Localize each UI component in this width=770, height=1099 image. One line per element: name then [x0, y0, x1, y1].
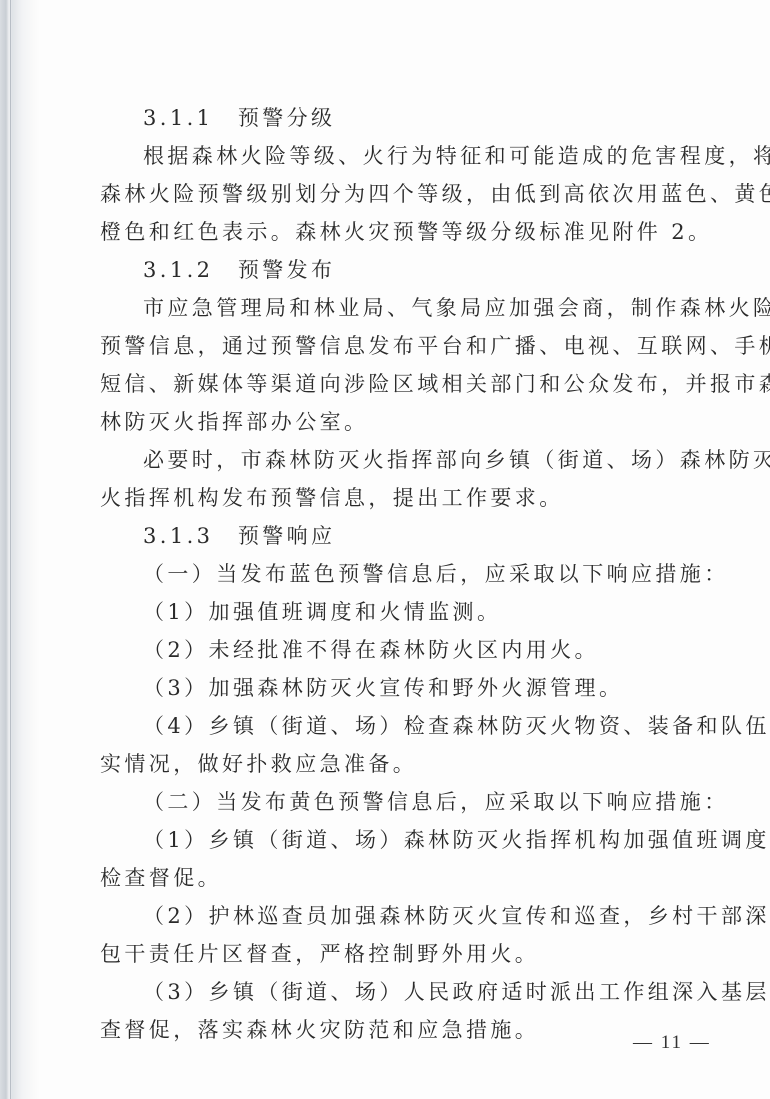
text-line: （3）乡镇（街道、场）人民政府适时派出工作组深入基层检	[143, 977, 770, 1007]
binding-line	[10, 0, 11, 1099]
text-line: 短信、新媒体等渠道向涉险区域相关部门和公众发布，并报市森	[100, 369, 770, 399]
text-line: 查督促，落实森林火灾防范和应急措施。	[100, 1015, 539, 1045]
text-line: 橙色和红色表示。森林火灾预警等级分级标准见附件 2。	[100, 217, 712, 247]
text-line: （2）未经批准不得在森林防火区内用火。	[143, 635, 599, 665]
text-line: 检查督促。	[100, 863, 222, 893]
page-number: — 11 —	[633, 1032, 711, 1054]
text-line: 必要时，市森林防灭火指挥部向乡镇（街道、场）森林防灭	[143, 445, 770, 475]
text-line: 实情况，做好扑救应急准备。	[100, 749, 417, 779]
text-line: （4）乡镇（街道、场）检查森林防灭火物资、装备和队伍落	[143, 711, 770, 741]
text-line: （二）当发布黄色预警信息后，应采取以下响应措施：	[143, 787, 729, 817]
text-line: 火指挥机构发布预警信息，提出工作要求。	[100, 483, 564, 513]
text-line: （1）乡镇（街道、场）森林防灭火指挥机构加强值班调度和	[143, 825, 770, 855]
text-line: （1）加强值班调度和火情监测。	[143, 597, 501, 627]
text-line: 包干责任片区督查，严格控制野外用火。	[100, 939, 539, 969]
text-line: 根据森林火险等级、火行为特征和可能造成的危害程度，将	[143, 141, 770, 171]
text-line: 预警信息，通过预警信息发布平台和广播、电视、互联网、手机	[100, 331, 770, 361]
text-line: 3.1.1 预警分级	[143, 103, 335, 133]
text-line: （一）当发布蓝色预警信息后，应采取以下响应措施：	[143, 559, 729, 589]
text-line: （3）加强森林防灭火宣传和野外火源管理。	[143, 673, 623, 703]
text-line: 林防灭火指挥部办公室。	[100, 407, 368, 437]
text-line: 3.1.3 预警响应	[143, 521, 335, 551]
text-line: （2）护林巡查员加强森林防灭火宣传和巡查，乡村干部深入	[143, 901, 770, 931]
scan-binding-edge	[0, 0, 40, 1099]
text-line: 市应急管理局和林业局、气象局应加强会商，制作森林火险	[143, 293, 770, 323]
text-line: 森林火险预警级别划分为四个等级，由低到高依次用蓝色、黄色、	[100, 179, 770, 209]
text-line: 3.1.2 预警发布	[143, 255, 335, 285]
